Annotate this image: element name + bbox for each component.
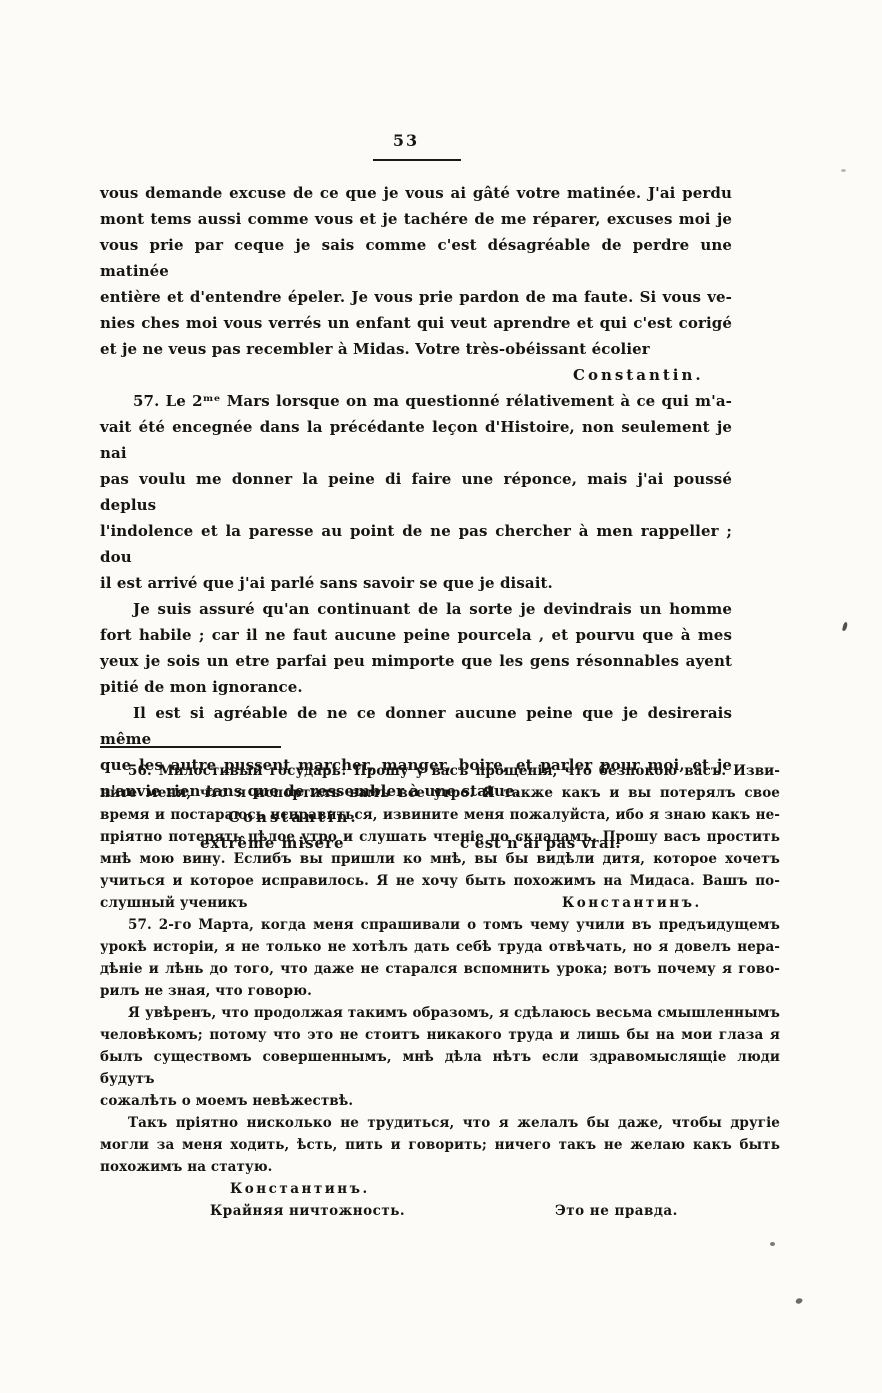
- text-line: 57. 2-го Марта, когда меня спрашивали о …: [100, 914, 780, 936]
- footnote-paragraph-58: Я увѣренъ, что продолжая такимъ образомъ…: [100, 1002, 780, 1112]
- signature-konstantin: Константинъ.: [562, 892, 702, 914]
- footnote-signature-row: слушный ученикъ Константинъ.: [100, 892, 780, 914]
- text-line: былъ существомъ совершеннымъ, мнѣ дѣла н…: [100, 1046, 780, 1090]
- footnote-paragraph-56: 56. Милостивый государь! Прошу у васъ пр…: [100, 760, 780, 914]
- text-line: pas voulu me donner la peine di faire un…: [100, 466, 732, 518]
- text-line: учиться и которое исправилось. Я не хочу…: [100, 870, 780, 892]
- text-line: Такъ пріятно нисколько не трудиться, что…: [100, 1112, 780, 1134]
- french-text-block: vous demande excuse de ce que je vous ai…: [100, 180, 732, 856]
- text-line: yeux je sois un etre parfai peu mimporte…: [100, 648, 732, 674]
- footnote-paragraph-57: 57. 2-го Марта, когда меня спрашивали о …: [100, 914, 780, 1002]
- note-eto-ne-pravda: Это не правда.: [555, 1200, 678, 1222]
- signature-konstantin: Константинъ.: [230, 1178, 370, 1200]
- note-krainyaya-nichtozhnost: Крайняя ничтожность.: [210, 1200, 405, 1222]
- text-line: дѣніе и лѣнь до того, что даже не старал…: [100, 958, 780, 980]
- page-number: 53: [0, 131, 812, 150]
- text-line: время и постараюсь исправиться, извините…: [100, 804, 780, 826]
- text-line: пріятно потерять цѣлое утро и слушать чт…: [100, 826, 780, 848]
- text-line: рилъ не зная, что говорю.: [100, 980, 780, 1002]
- text-line: урокѣ исторіи, я не только не хотѣлъ дат…: [100, 936, 780, 958]
- signature-row: Constantin.: [100, 362, 732, 388]
- text-line: мнѣ мою вину. Еслибъ вы пришли ко мнѣ, в…: [100, 848, 780, 870]
- text-line: человѣкомъ; потому что это не стоитъ ник…: [100, 1024, 780, 1046]
- text-line: fort habile ; car il ne faut aucune pein…: [100, 622, 732, 648]
- scan-speck: [770, 1242, 775, 1246]
- text-line: il est arrivé que j'ai parlé sans savoir…: [100, 570, 732, 596]
- footnote-notes-row: Крайняя ничтожность. Это не правда.: [100, 1200, 780, 1222]
- text-line: vous demande excuse de ce que je vous ai…: [100, 180, 732, 206]
- french-paragraph-1: vous demande excuse de ce que je vous ai…: [100, 180, 732, 362]
- footnote-signature-row: Константинъ.: [100, 1178, 780, 1200]
- text-line: vous prie par ceque je sais comme c'est …: [100, 232, 732, 284]
- french-paragraph-3: Je suis assuré qu'an continuant de la so…: [100, 596, 732, 700]
- text-line: Je suis assuré qu'an continuant de la so…: [100, 596, 732, 622]
- scan-speck: [795, 1297, 803, 1305]
- signature-constantin: Constantin.: [573, 362, 704, 388]
- footnote-separator: [100, 746, 281, 748]
- page-number-rule: [373, 159, 461, 161]
- text-line: 56. Милостивый государь! Прошу у васъ пр…: [100, 760, 780, 782]
- footnote-paragraph-59: Такъ пріятно нисколько не трудиться, что…: [100, 1112, 780, 1178]
- text-line: entière et d'entendre épeler. Je vous pr…: [100, 284, 732, 310]
- text-line: могли за меня ходить, ѣсть, пить и говор…: [100, 1134, 780, 1156]
- text-line: nies ches moi vous verrés un enfant qui …: [100, 310, 732, 336]
- text-line: l'indolence et la paresse au point de ne…: [100, 518, 732, 570]
- russian-footnote-block: 56. Милостивый государь! Прошу у васъ пр…: [100, 760, 780, 1222]
- scanned-book-page: 53 vous demande excuse de ce que je vous…: [0, 0, 882, 1393]
- text-line: et je ne veus pas recembler à Midas. Vot…: [100, 336, 732, 362]
- text-line: ните меня, что я испортилъ вамъ все утро…: [100, 782, 780, 804]
- scan-speck: [841, 169, 846, 172]
- text-line: слушный ученикъ: [100, 892, 248, 914]
- text-line: 57. Le 2ᵐᵉ Mars lorsque on ma questionné…: [100, 388, 732, 414]
- text-line: сожалѣть о моемъ невѣжествѣ.: [100, 1090, 780, 1112]
- text-line: Il est si agréable de ne ce donner aucun…: [100, 700, 732, 752]
- french-paragraph-2: 57. Le 2ᵐᵉ Mars lorsque on ma questionné…: [100, 388, 732, 596]
- text-line: mont tems aussi comme vous et je tachére…: [100, 206, 732, 232]
- text-line: vait été encegnée dans la précédante leç…: [100, 414, 732, 466]
- text-line: Я увѣренъ, что продолжая такимъ образомъ…: [100, 1002, 780, 1024]
- text-line: pitié de mon ignorance.: [100, 674, 732, 700]
- scan-speck: [842, 622, 848, 632]
- text-line: похожимъ на статую.: [100, 1156, 780, 1178]
